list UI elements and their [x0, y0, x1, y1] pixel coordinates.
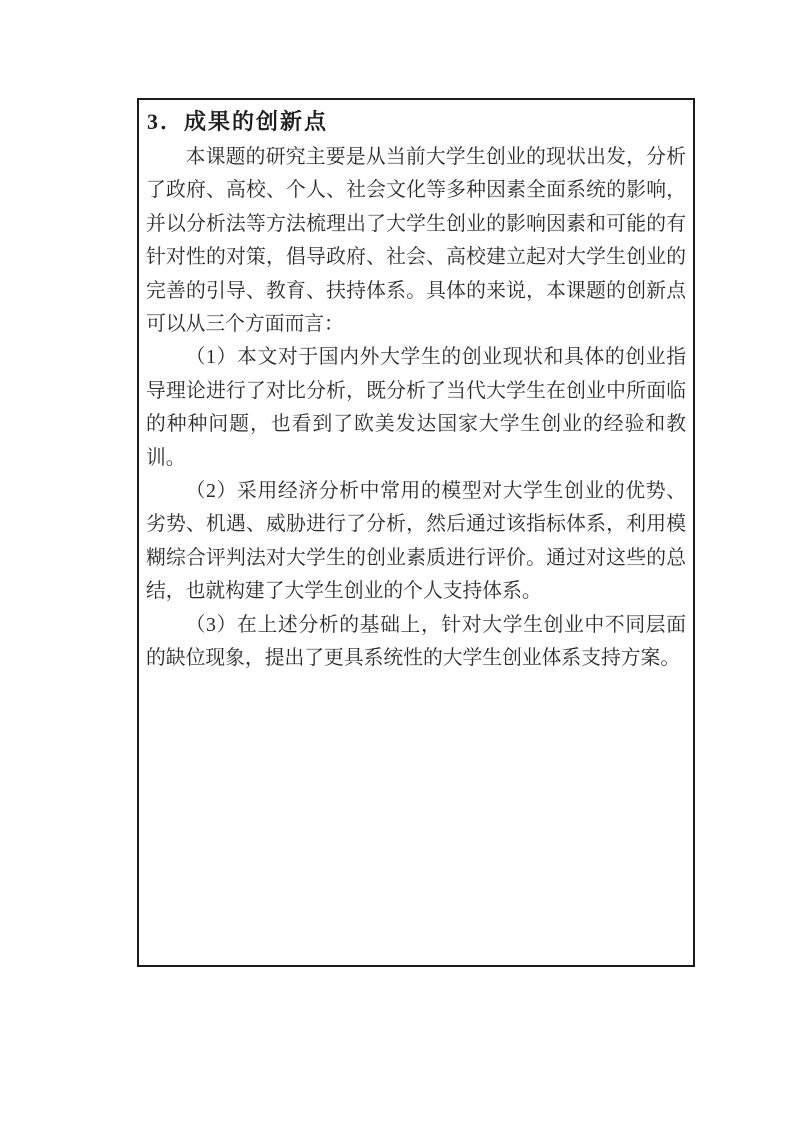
paragraph-point-3: （3）在上述分析的基础上，针对大学生创业中不同层面的缺位现象，提出了更具系统性的… [146, 609, 686, 676]
innovation-section-cell: 3．成果的创新点 本课题的研究主要是从当前大学生创业的现状出发，分析了政府、高校… [137, 98, 695, 967]
paragraph-point-2: （2）采用经济分析中常用的模型对大学生创业的优势、劣势、机遇、威胁进行了分析，然… [146, 475, 686, 609]
document-page: 3．成果的创新点 本课题的研究主要是从当前大学生创业的现状出发，分析了政府、高校… [0, 0, 794, 1123]
section-heading: 3．成果的创新点 [147, 107, 687, 137]
section-body: 本课题的研究主要是从当前大学生创业的现状出发，分析了政府、高校、个人、社会文化等… [146, 141, 686, 676]
paragraph-point-1: （1）本文对于国内外大学生的创业现状和具体的创业指导理论进行了对比分析，既分析了… [146, 341, 686, 475]
paragraph-overview: 本课题的研究主要是从当前大学生创业的现状出发，分析了政府、高校、个人、社会文化等… [146, 141, 686, 341]
